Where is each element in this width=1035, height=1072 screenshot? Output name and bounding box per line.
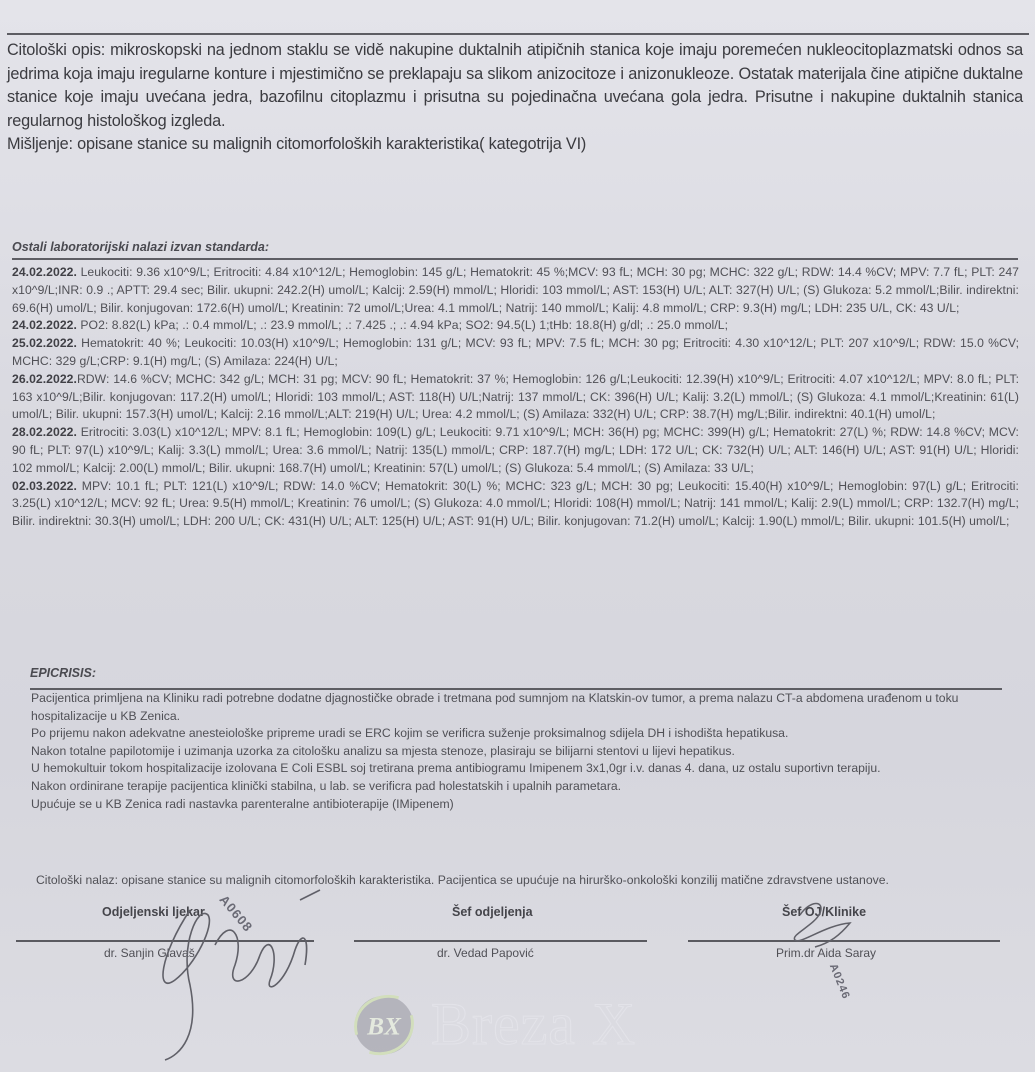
doctor-stamp: A0608 xyxy=(217,892,256,935)
signature-line xyxy=(16,940,314,942)
breza-x-logo-icon: BX xyxy=(345,986,423,1064)
watermark: BX Breza X xyxy=(345,987,685,1062)
lab-entry-text: MPV: 10.1 fL; PLT: 121(L) x10^9/L; RDW: … xyxy=(12,479,1019,529)
cytology-section: Citološki opis: mikroskopski na jednom s… xyxy=(7,39,1023,157)
signature-title-ward-doctor: Odjeljenski ljekar xyxy=(102,905,205,919)
lab-entry: 26.02.2022.RDW: 14.6 %CV; MCHC: 342 g/L;… xyxy=(12,371,1019,424)
epicrisis-paragraph: Upućuje se u KB Zenica radi nastavka par… xyxy=(31,796,999,814)
signature-title-head-of-department: Šef odjeljenja xyxy=(452,905,533,919)
lab-results: 24.02.2022. Leukociti: 9.36 x10^9/L; Eri… xyxy=(12,264,1019,531)
epicrisis-title: EPICRISIS: xyxy=(30,666,96,680)
lab-entry: 24.02.2022. PO2: 8.82(L) kPa; .: 0.4 mmo… xyxy=(12,317,1019,335)
epicrisis-paragraph: Nakon ordinirane terapije pacijentica kl… xyxy=(31,778,999,796)
lab-results-title: Ostali laboratorijski nalazi izvan stand… xyxy=(12,240,269,254)
lab-entry-text: RDW: 14.6 %CV; MCHC: 342 g/L; MCH: 31 pg… xyxy=(12,372,1019,422)
lab-entry: 28.02.2022. Eritrociti: 3.03(L) x10^12/L… xyxy=(12,424,1019,477)
lab-entry-date: 26.02.2022. xyxy=(12,372,77,386)
signature-line xyxy=(688,940,1000,942)
cytology-opinion: Mišljenje: opisane stanice su malignih c… xyxy=(7,133,1023,157)
cytology-description: Citološki opis: mikroskopski na jednom s… xyxy=(7,39,1023,133)
signature-title-head-of-clinic: Šef OJ/Klinike xyxy=(782,905,866,919)
epicrisis-paragraph: Pacijentica primljena na Kliniku radi po… xyxy=(31,690,999,725)
lab-entry: 24.02.2022. Leukociti: 9.36 x10^9/L; Eri… xyxy=(12,264,1019,317)
lab-results-rule xyxy=(12,258,1018,260)
lab-entry: 25.02.2022. Hematokrit: 40 %; Leukociti:… xyxy=(12,335,1019,371)
signature-line xyxy=(354,940,647,942)
lab-entry-text: Hematokrit: 40 %; Leukociti: 10.03(H) x1… xyxy=(12,336,1019,368)
lab-entry-text: PO2: 8.82(L) kPa; .: 0.4 mmol/L; .: 23.9… xyxy=(77,318,728,332)
lab-entry-text: Leukociti: 9.36 x10^9/L; Eritrociti: 4.8… xyxy=(12,265,1019,315)
lab-entry-date: 02.03.2022. xyxy=(12,479,77,493)
epicrisis-paragraph: U hemokultuir tokom hospitalizacije izol… xyxy=(31,760,999,778)
top-rule xyxy=(7,33,1029,35)
lab-entry-date: 25.02.2022. xyxy=(12,336,77,350)
signature-name-head-of-clinic: Prim.dr Aida Saray xyxy=(776,946,876,960)
lab-entry-date: 24.02.2022. xyxy=(12,265,77,279)
signature-name-ward-doctor: dr. Sanjin Glavaš xyxy=(104,946,195,960)
epicrisis-body: Pacijentica primljena na Kliniku radi po… xyxy=(31,690,999,813)
lab-entry-date: 28.02.2022. xyxy=(12,425,77,439)
epicrisis-paragraph: Po prijemu nakon adekvatne anesteiološke… xyxy=(31,725,999,743)
signature-name-head-of-department: dr. Vedad Papović xyxy=(437,946,534,960)
cytology-finding: Citološki nalaz: opisane stanice su mali… xyxy=(36,872,995,890)
epicrisis-paragraph: Nakon totalne papilotomije i uzimanja uz… xyxy=(31,743,999,761)
lab-entry-text: Eritrociti: 3.03(L) x10^12/L; MPV: 8.1 f… xyxy=(12,425,1019,475)
svg-text:BX: BX xyxy=(366,1012,402,1040)
lab-entry-date: 24.02.2022. xyxy=(12,318,77,332)
lab-entry: 02.03.2022. MPV: 10.1 fL; PLT: 121(L) x1… xyxy=(12,478,1019,531)
clinic-head-stamp: A0246 xyxy=(827,962,852,1001)
watermark-text: Breza X xyxy=(431,990,636,1059)
